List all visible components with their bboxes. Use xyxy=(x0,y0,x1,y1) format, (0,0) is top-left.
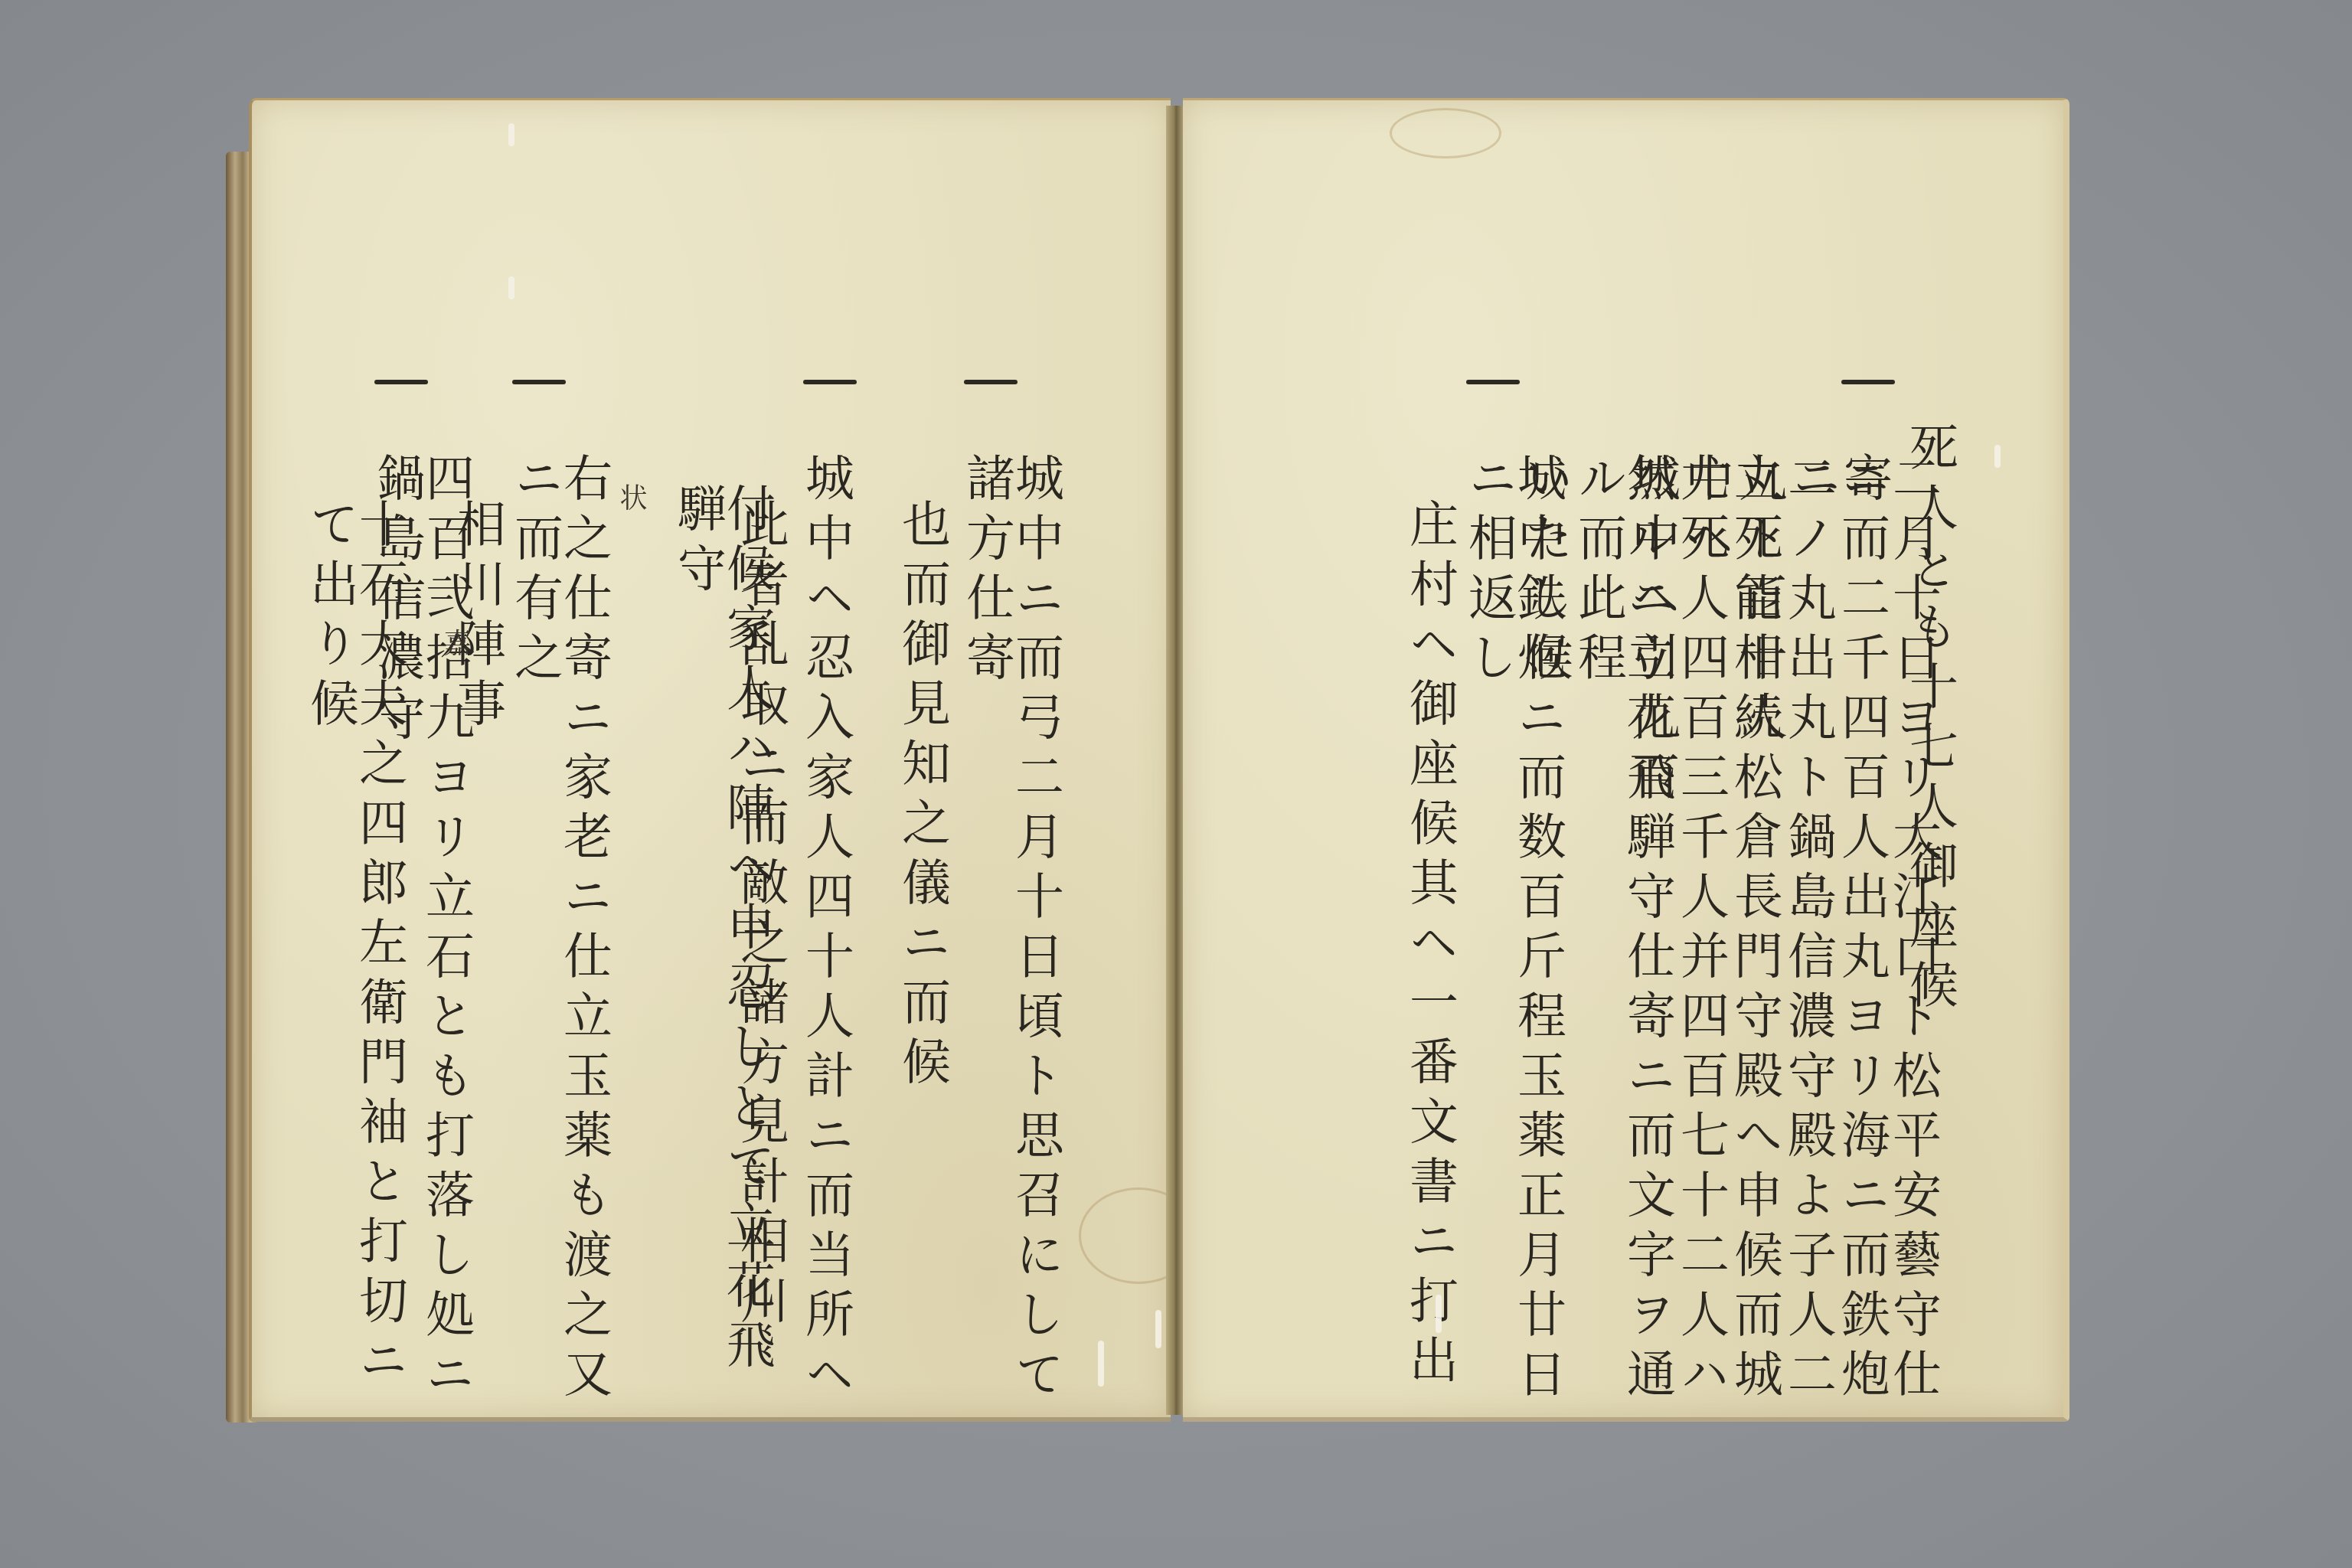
worm-hole xyxy=(1994,445,2001,468)
text-column: 城中鉄炮ニ而数百斤程玉薬正月廿日ニ相返し xyxy=(1464,452,1562,1417)
book-spine-gutter xyxy=(1166,106,1184,1415)
margin-note: 状 xyxy=(612,483,651,511)
text-column: 庄村ヘ御座候其ヘ一番文書ニ打出 xyxy=(1405,498,1454,1394)
text-column: 付候家人ハ陣ヘ申忍しとて立花飛騨守 xyxy=(673,483,771,1417)
item-marker xyxy=(964,380,1018,384)
text-column: 城中ヘ忍入家人四十人計ニ而当所ヘ xyxy=(801,452,850,1408)
left-page: 城中ニ而弓二月十日頃ト思召にして諸方仕寄 也而御見知之儀ニ而候 城中ヘ忍入家人四… xyxy=(249,98,1171,1422)
right-page-text: 死人とも十七人御座候 二月十日ヨリ大江口ト松平安藝守仕寄 ニ而二千四百人出丸ヨリ… xyxy=(1183,100,2063,1417)
text-column: 城中ニ而弓二月十日頃ト思召にして諸方仕寄 xyxy=(962,452,1060,1417)
text-column: 十石大夫之四郎左衛門袖と打切ニて出り候 xyxy=(305,498,403,1417)
item-marker xyxy=(512,380,566,384)
item-marker xyxy=(803,380,857,384)
text-column: 然ルニ立花飛騨守仕寄ニ而文字ヲ通ル而此程 xyxy=(1573,452,1671,1417)
worm-hole xyxy=(1155,1310,1161,1348)
text-column: 也而御見知之儀ニ而候 xyxy=(897,498,946,1096)
worm-hole xyxy=(508,123,514,146)
worm-hole xyxy=(508,276,514,299)
worm-hole xyxy=(1436,1295,1442,1333)
right-page: 死人とも十七人御座候 二月十日ヨリ大江口ト松平安藝守仕寄 ニ而二千四百人出丸ヨリ… xyxy=(1183,98,2069,1422)
left-page-text: 城中ニ而弓二月十日頃ト思召にして諸方仕寄 也而御見知之儀ニ而候 城中ヘ忍入家人四… xyxy=(252,100,1171,1417)
open-book: 城中ニ而弓二月十日頃ト思召にして諸方仕寄 也而御見知之儀ニ而候 城中ヘ忍入家人四… xyxy=(226,98,2094,1476)
interlinear-note: 嘉 xyxy=(436,629,475,656)
text-column: 右之仕寄ニ家老ニ仕立玉薬も渡之又ニ而有之 xyxy=(510,452,608,1417)
item-marker xyxy=(1466,380,1520,384)
worm-hole xyxy=(1098,1341,1104,1387)
water-stain xyxy=(1390,108,1501,158)
item-marker xyxy=(1841,380,1895,384)
item-marker xyxy=(374,380,428,384)
